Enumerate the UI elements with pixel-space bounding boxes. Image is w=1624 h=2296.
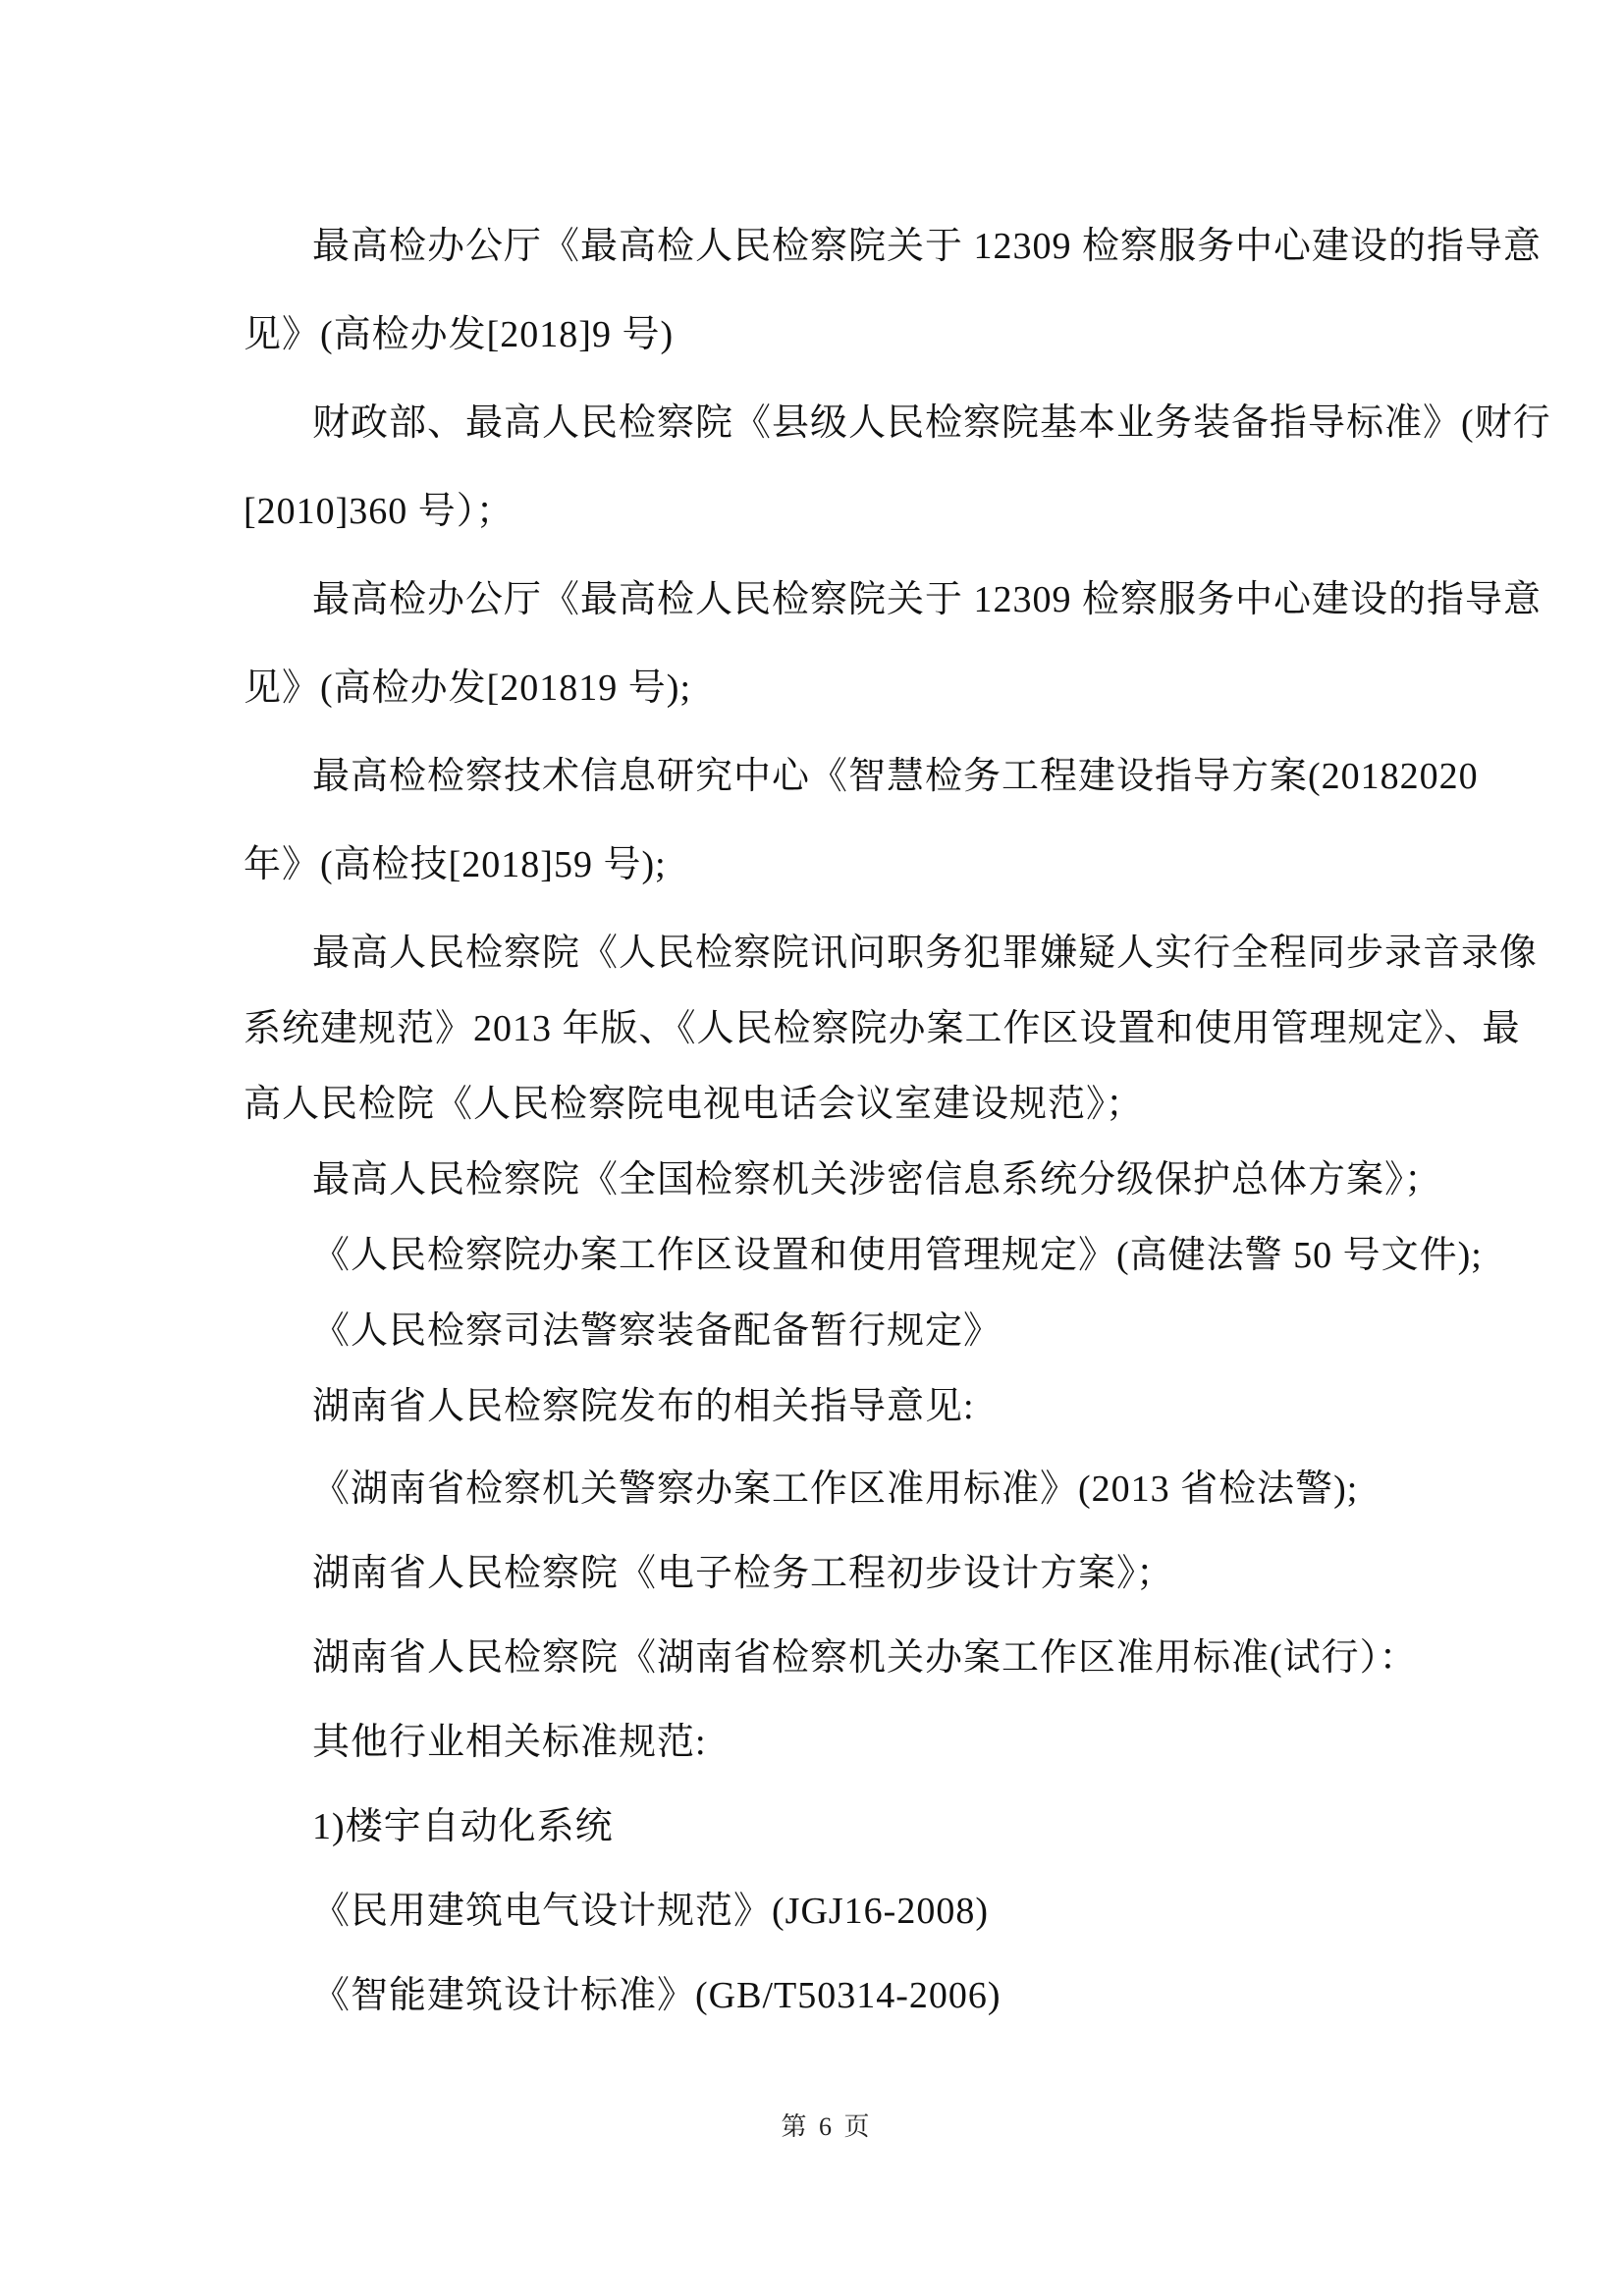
text-line: 见》(高检办发[201819 号); <box>244 666 1467 754</box>
text-line: 湖南省人民检察院《电子检务工程初步设计方案》； <box>244 1551 1467 1635</box>
text-line: 最高检检察技术信息研究中心《智慧检务工程建设指导方案(20182020 <box>244 754 1467 842</box>
page-number: 第 6 页 <box>0 2107 1624 2143</box>
text-line: 最高检办公厅《最高检人民检察院关于 12309 检察服务中心建设的指导意 <box>244 224 1467 312</box>
text-line: 《民用建筑电气设计规范》(JGJ16-2008) <box>244 1889 1467 1973</box>
text-line: 最高人民检察院《人民检察院讯问职务犯罪嫌疑人实行全程同步录音录像 <box>244 931 1467 1006</box>
document-page: 最高检办公厅《最高检人民检察院关于 12309 检察服务中心建设的指导意 见》(… <box>0 0 1624 2296</box>
document-body: 最高检办公厅《最高检人民检察院关于 12309 检察服务中心建设的指导意 见》(… <box>244 224 1467 2061</box>
text-line: 其他行业相关标准规范: <box>244 1720 1467 1804</box>
text-line: 系统建规范》2013 年版、《人民检察院办案工作区设置和使用管理规定》、最 <box>244 1006 1467 1082</box>
text-line: [2010]360 号）； <box>244 489 1467 577</box>
text-line: 最高人民检察院《全国检察机关涉密信息系统分级保护总体方案》； <box>244 1157 1467 1233</box>
text-line: 高人民检院《人民检察院电视电话会议室建设规范》； <box>244 1082 1467 1157</box>
text-line: 《智能建筑设计标准》(GB/T50314-2006) <box>244 1973 1467 2061</box>
text-line: 湖南省人民检察院《湖南省检察机关办案工作区准用标准(试行）： <box>244 1635 1467 1720</box>
text-line: 《人民检察院办案工作区设置和使用管理规定》(高健法警 50 号文件); <box>244 1233 1467 1308</box>
text-line: 《湖南省检察机关警察办案工作区准用标准》(2013 省检法警); <box>244 1467 1467 1551</box>
text-line: 1)楼宇自动化系统 <box>244 1804 1467 1889</box>
text-line: 湖南省人民检察院发布的相关指导意见: <box>244 1384 1467 1467</box>
text-line: 财政部、最高人民检察院《县级人民检察院基本业务装备指导标准》(财行 <box>244 400 1467 489</box>
text-line: 见》(高检办发[2018]9 号) <box>244 312 1467 400</box>
text-line: 最高检办公厅《最高检人民检察院关于 12309 检察服务中心建设的指导意 <box>244 577 1467 666</box>
text-line: 年》(高检技[2018]59 号); <box>244 842 1467 931</box>
text-line: 《人民检察司法警察装备配备暂行规定》 <box>244 1308 1467 1384</box>
